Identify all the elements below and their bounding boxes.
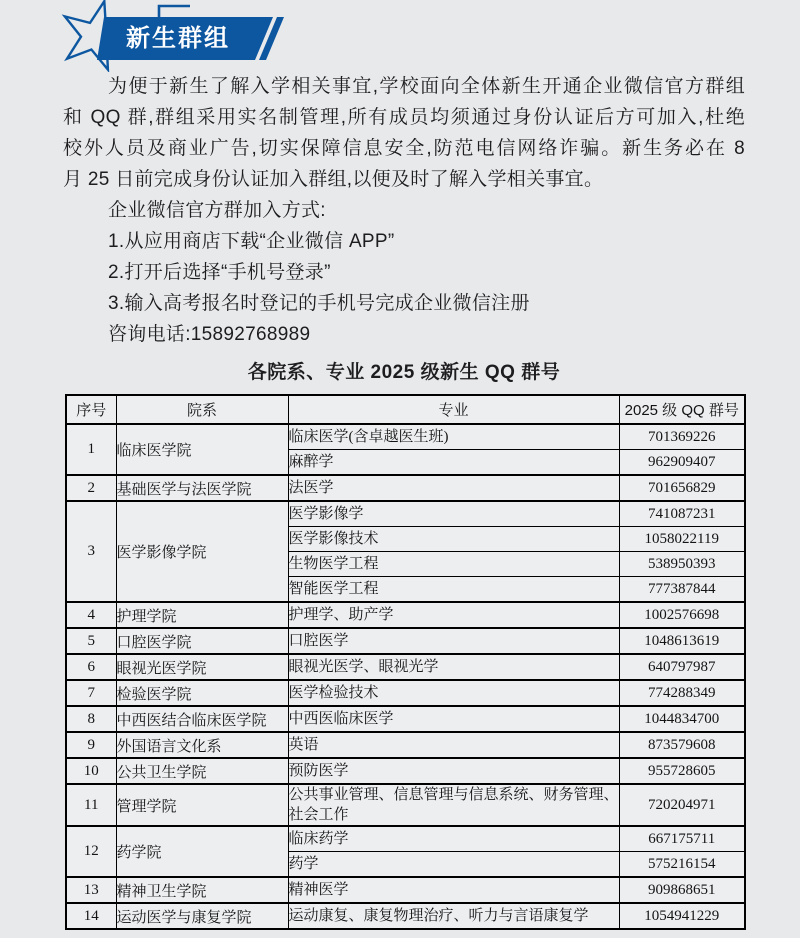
qq-number-cell: 1054941229 [619, 903, 745, 929]
row-number-cell: 14 [66, 903, 116, 929]
page: 新生群组 为便于新生了解入学相关事宜,学校面向全体新生开通企业微信官方群组 和 … [0, 0, 800, 938]
major-cell: 英语 [288, 732, 619, 758]
section-header: 新生群组 [0, 0, 320, 72]
row-number-cell: 7 [66, 680, 116, 706]
paragraph-line: 为便于新生了解入学相关事宜,学校面向全体新生开通企业微信官方群组 [63, 71, 745, 102]
major-cell: 麻醉学 [288, 450, 619, 476]
row-number-cell: 5 [66, 628, 116, 654]
qq-number-cell: 1048613619 [619, 628, 745, 654]
major-cell: 药学 [288, 852, 619, 878]
major-cell: 口腔医学 [288, 628, 619, 654]
join-method-list: 企业微信官方群加入方式: 1.从应用商店下载“企业微信 APP” 2.打开后选择… [63, 195, 745, 350]
qq-number-cell: 777387844 [619, 577, 745, 603]
row-number-cell: 4 [66, 602, 116, 628]
table-row: 8中西医结合临床医学院中西医临床医学1044834700 [66, 706, 745, 732]
table-row: 10公共卫生学院预防医学955728605 [66, 758, 745, 784]
qq-number-cell: 873579608 [619, 732, 745, 758]
qq-number-cell: 962909407 [619, 450, 745, 476]
table-row: 7检验医学院医学检验技术774288349 [66, 680, 745, 706]
table-row: 4护理学院护理学、助产学1002576698 [66, 602, 745, 628]
table-row: 1临床医学院临床医学(含卓越医生班)701369226 [66, 424, 745, 450]
section-title-badge: 新生群组 [112, 17, 244, 60]
major-cell: 智能医学工程 [288, 577, 619, 603]
major-cell: 眼视光医学、眼视光学 [288, 654, 619, 680]
qq-number-cell: 720204971 [619, 784, 745, 826]
qq-number-cell: 741087231 [619, 501, 745, 527]
row-number-cell: 6 [66, 654, 116, 680]
major-cell: 医学检验技术 [288, 680, 619, 706]
row-number-cell: 10 [66, 758, 116, 784]
department-cell: 中西医结合临床医学院 [116, 706, 288, 732]
department-cell: 临床医学院 [116, 424, 288, 475]
major-cell: 法医学 [288, 475, 619, 501]
qq-number-cell: 1002576698 [619, 602, 745, 628]
column-header-department: 院系 [116, 395, 288, 424]
column-header-qq: 2025 级 QQ 群号 [619, 395, 745, 424]
row-number-cell: 13 [66, 877, 116, 903]
department-cell: 精神卫生学院 [116, 877, 288, 903]
qq-number-cell: 701656829 [619, 475, 745, 501]
table-row: 6眼视光医学院眼视光医学、眼视光学640797987 [66, 654, 745, 680]
qq-group-table: 序号 院系 专业 2025 级 QQ 群号 1临床医学院临床医学(含卓越医生班)… [65, 394, 746, 930]
department-cell: 外国语言文化系 [116, 732, 288, 758]
major-cell: 公共事业管理、信息管理与信息系统、财务管理、社会工作 [288, 784, 619, 826]
department-cell: 眼视光医学院 [116, 654, 288, 680]
table-row: 5口腔医学院口腔医学1048613619 [66, 628, 745, 654]
row-number-cell: 11 [66, 784, 116, 826]
major-cell: 医学影像技术 [288, 527, 619, 552]
major-cell: 运动康复、康复物理治疗、听力与言语康复学 [288, 903, 619, 929]
department-cell: 检验医学院 [116, 680, 288, 706]
major-cell: 临床医学(含卓越医生班) [288, 424, 619, 450]
qq-number-cell: 1044834700 [619, 706, 745, 732]
column-header-major: 专业 [288, 395, 619, 424]
paragraph-line: 和 QQ 群,群组采用实名制管理,所有成员均须通过身份认证后方可加入,杜绝 [63, 102, 745, 133]
method-step: 1.从应用商店下载“企业微信 APP” [63, 226, 745, 257]
department-cell: 运动医学与康复学院 [116, 903, 288, 929]
major-cell: 临床药学 [288, 826, 619, 852]
department-cell: 公共卫生学院 [116, 758, 288, 784]
department-cell: 管理学院 [116, 784, 288, 826]
qq-number-cell: 955728605 [619, 758, 745, 784]
row-number-cell: 8 [66, 706, 116, 732]
consult-phone-line: 咨询电话:15892768989 [63, 319, 745, 350]
intro-paragraph: 为便于新生了解入学相关事宜,学校面向全体新生开通企业微信官方群组 和 QQ 群,… [63, 71, 745, 195]
table-header-row: 序号 院系 专业 2025 级 QQ 群号 [66, 395, 745, 424]
table-row: 11管理学院公共事业管理、信息管理与信息系统、财务管理、社会工作72020497… [66, 784, 745, 826]
table-row: 13精神卫生学院精神医学909868651 [66, 877, 745, 903]
table-row: 2基础医学与法医学院法医学701656829 [66, 475, 745, 501]
qq-number-cell: 538950393 [619, 552, 745, 577]
row-number-cell: 2 [66, 475, 116, 501]
qq-number-cell: 575216154 [619, 852, 745, 878]
major-cell: 生物医学工程 [288, 552, 619, 577]
table-row: 3医学影像学院医学影像学741087231 [66, 501, 745, 527]
table-title: 各院系、专业 2025 级新生 QQ 群号 [63, 357, 745, 384]
paragraph-line: 校外人员及商业广告,切实保障信息安全,防范电信网络诈骗。新生务必在 8 [63, 133, 745, 164]
paragraph-line: 月 25 日前完成身份认证加入群组,以便及时了解入学相关事宜。 [63, 164, 745, 195]
table-row: 12药学院临床药学667175711 [66, 826, 745, 852]
column-header-index: 序号 [66, 395, 116, 424]
row-number-cell: 3 [66, 501, 116, 602]
department-cell: 护理学院 [116, 602, 288, 628]
department-cell: 医学影像学院 [116, 501, 288, 602]
qq-number-cell: 667175711 [619, 826, 745, 852]
row-number-cell: 1 [66, 424, 116, 475]
content-area: 为便于新生了解入学相关事宜,学校面向全体新生开通企业微信官方群组 和 QQ 群,… [63, 71, 745, 930]
row-number-cell: 9 [66, 732, 116, 758]
qq-number-cell: 1058022119 [619, 527, 745, 552]
department-cell: 口腔医学院 [116, 628, 288, 654]
table-row: 9外国语言文化系英语873579608 [66, 732, 745, 758]
major-cell: 中西医临床医学 [288, 706, 619, 732]
major-cell: 精神医学 [288, 877, 619, 903]
major-cell: 医学影像学 [288, 501, 619, 527]
method-heading: 企业微信官方群加入方式: [63, 195, 745, 226]
method-step: 2.打开后选择“手机号登录” [63, 257, 745, 288]
qq-number-cell: 909868651 [619, 877, 745, 903]
table-body: 1临床医学院临床医学(含卓越医生班)701369226麻醉学9629094072… [66, 424, 745, 929]
department-cell: 基础医学与法医学院 [116, 475, 288, 501]
major-cell: 护理学、助产学 [288, 602, 619, 628]
method-step: 3.输入高考报名时登记的手机号完成企业微信注册 [63, 288, 745, 319]
qq-number-cell: 640797987 [619, 654, 745, 680]
qq-number-cell: 701369226 [619, 424, 745, 450]
major-cell: 预防医学 [288, 758, 619, 784]
row-number-cell: 12 [66, 826, 116, 877]
department-cell: 药学院 [116, 826, 288, 877]
qq-number-cell: 774288349 [619, 680, 745, 706]
table-row: 14运动医学与康复学院运动康复、康复物理治疗、听力与言语康复学105494122… [66, 903, 745, 929]
